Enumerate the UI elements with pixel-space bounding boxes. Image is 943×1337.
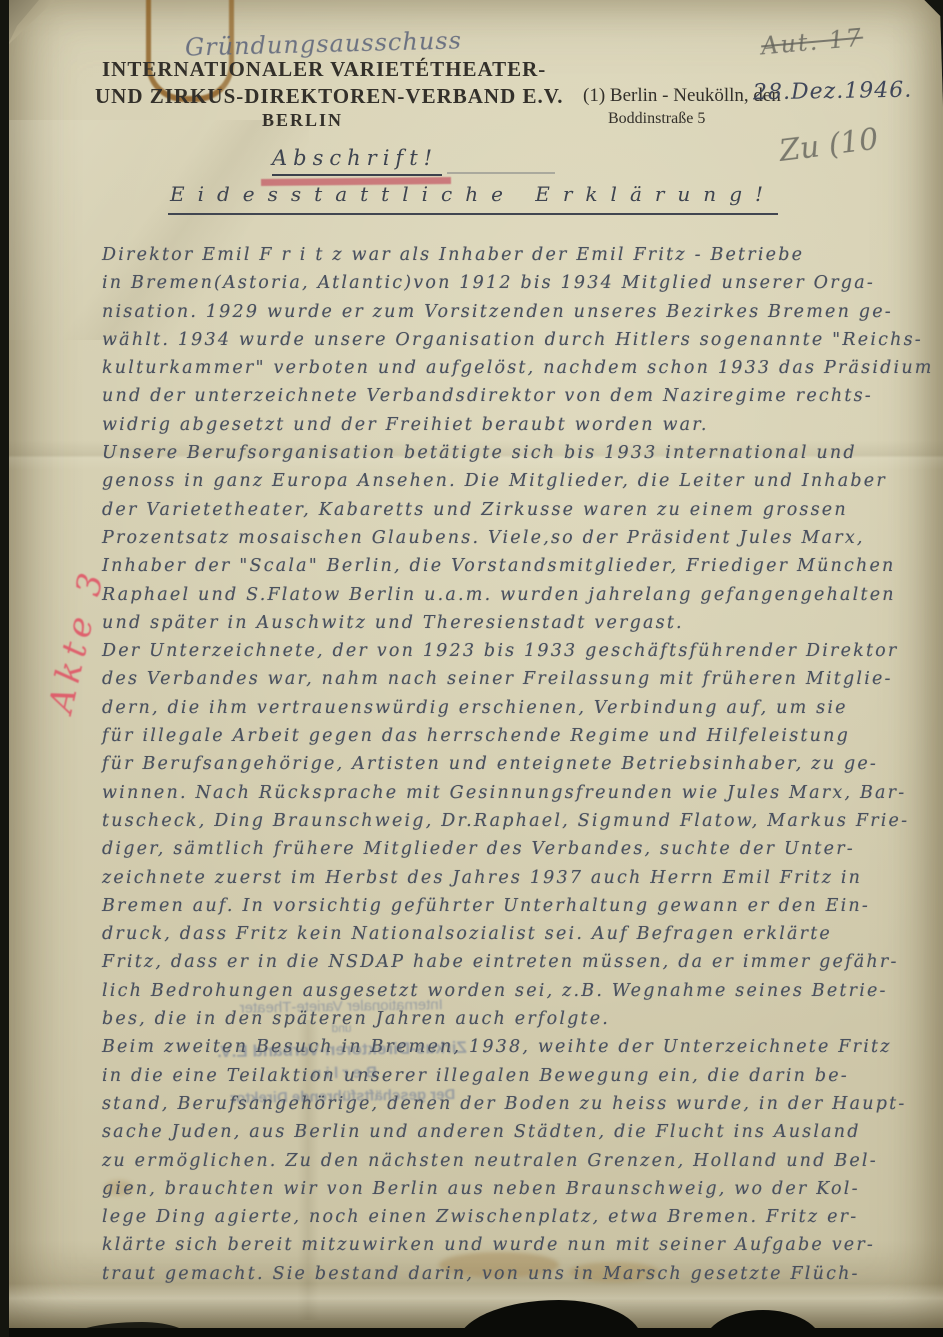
typewritten-line: genoss in ganz Europa Ansehen. Die Mitgl… — [102, 467, 943, 495]
org-name-line2: UND ZIRKUS-DIREKTOREN-VERBAND E.V. — [95, 84, 563, 109]
document-title: Eidesstattliche Erklärung! — [168, 182, 778, 215]
typewritten-line: dern, die ihm vertrauenswürdig erschiene… — [102, 694, 943, 722]
typewritten-line: sache Juden, aus Berlin und anderen Städ… — [102, 1118, 943, 1146]
typewritten-line: stand, Berufsangehörige, denen der Boden… — [102, 1090, 943, 1118]
pencil-note-number: Zu (10 — [777, 122, 880, 169]
typewritten-line: Beim zweiten Besuch in Bremen, 1938, wei… — [102, 1033, 943, 1061]
typewritten-line: gien, brauchten wir von Berlin aus neben… — [102, 1175, 943, 1203]
typewritten-line: druck, dass Fritz kein Nationalsozialist… — [102, 920, 943, 948]
typewritten-line: traut gemacht. Sie bestand darin, von un… — [102, 1260, 943, 1288]
typewritten-line: zeichnete zuerst im Herbst des Jahres 19… — [102, 864, 943, 892]
place-date-line: (1) Berlin - Neukölln, den — [583, 85, 781, 107]
typewritten-line: bes, die in den späteren Jahren auch erf… — [102, 1005, 943, 1033]
typewritten-line: für Berufsangehörige, Artisten und entei… — [102, 750, 943, 778]
typewritten-line: winnen. Nach Rücksprache mit Gesinnungsf… — [102, 779, 943, 807]
typewritten-line: Der Unterzeichnete, der von 1923 bis 193… — [102, 637, 943, 665]
typewritten-line: Bremen auf. In vorsichtig geführter Unte… — [102, 892, 943, 920]
scanned-paper-sheet: Gründungsausschuss INTERNATIONALER VARIE… — [9, 0, 943, 1337]
bottom-edge-shadow — [9, 1328, 943, 1337]
typewritten-line: kulturkammer" verboten und aufgelöst, na… — [102, 354, 943, 382]
typewritten-line: Direktor Emil F r i t z war als Inhaber … — [102, 241, 943, 269]
typewritten-line: Unsere Berufsorganisation betätigte sich… — [102, 439, 943, 467]
typewritten-line: des Verbandes war, nahm nach seiner Frei… — [102, 665, 943, 693]
typewritten-line: Inhaber der "Scala" Berlin, die Vorstand… — [102, 552, 943, 580]
typed-date: 28.Dez.1946. — [753, 78, 913, 106]
typewritten-line: der Varietetheater, Kabaretts und Zirkus… — [102, 496, 943, 524]
typewritten-line: Fritz, dass er in die NSDAP habe eintret… — [102, 948, 943, 976]
typewritten-line: für illegale Arbeit gegen das herrschend… — [102, 722, 943, 750]
typewritten-line: und der unterzeichnete Verbandsdirektor … — [102, 382, 943, 410]
typewritten-line: Raphael und S.Flatow Berlin u.a.m. wurde… — [102, 581, 943, 609]
typewritten-line: wählt. 1934 wurde unsere Organisation du… — [102, 326, 943, 354]
typewritten-line: lege Ding agierte, noch einen Zwischenpl… — [102, 1203, 943, 1231]
typewritten-line: und später in Auschwitz und Theresiensta… — [102, 609, 943, 637]
typewritten-line: klärte sich bereit mitzuwirken und wurde… — [102, 1231, 943, 1259]
street-address: Boddinstraße 5 — [608, 110, 705, 128]
org-name-line1: INTERNATIONALER VARIETÉTHEATER- — [102, 57, 546, 82]
typewritten-line: tuscheck, Ding Braunschweig, Dr.Raphael,… — [102, 807, 943, 835]
typewritten-line: widrig abgesetzt und der Freihiet beraub… — [102, 411, 943, 439]
typewritten-line: diger, sämtlich frühere Mitglieder des V… — [102, 835, 943, 863]
typewritten-line: in Bremen(Astoria, Atlantic)von 1912 bis… — [102, 269, 943, 297]
typewritten-body: Direktor Emil F r i t z war als Inhaber … — [102, 241, 943, 1288]
typewritten-line: lich Bedrohungen ausgesetzt worden sei, … — [102, 977, 943, 1005]
org-city: BERLIN — [262, 110, 343, 131]
underline-extension-line — [447, 172, 555, 174]
typewritten-line: in die eine Teilaktion unserer illegalen… — [102, 1062, 943, 1090]
typewritten-line: zu ermöglichen. Zu den nächsten neutrale… — [102, 1147, 943, 1175]
typewritten-line: Prozentsatz mosaischen Glaubens. Viele,s… — [102, 524, 943, 552]
abschrift-heading: Abschrift! — [272, 146, 442, 176]
pencil-note-crossed-out: Aut. 17 — [760, 24, 864, 61]
typewritten-line: nisation. 1929 wurde er zum Vorsitzenden… — [102, 298, 943, 326]
